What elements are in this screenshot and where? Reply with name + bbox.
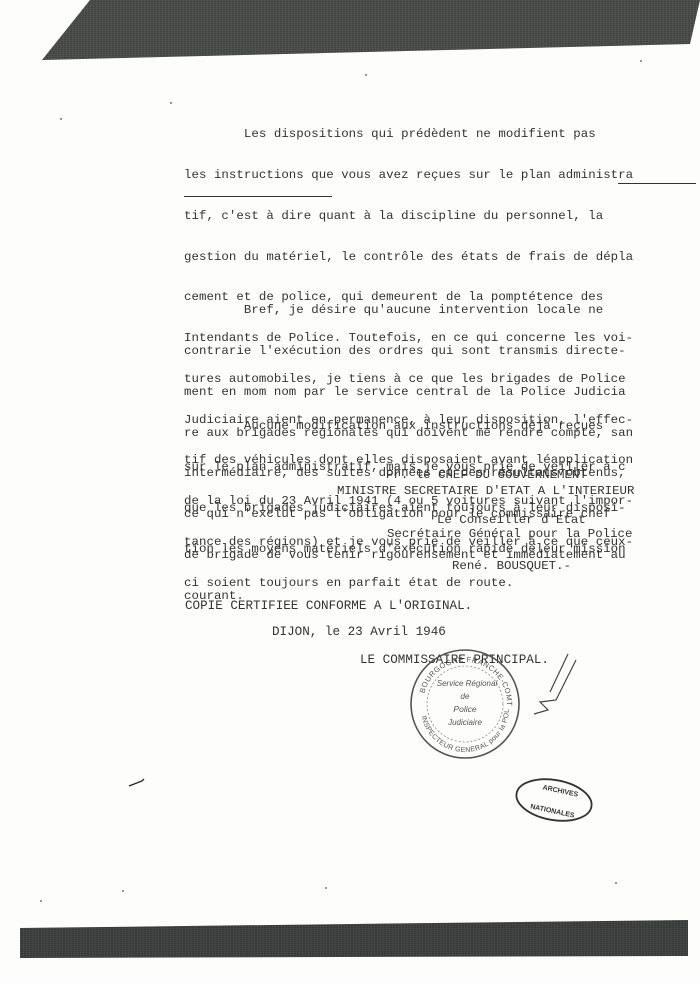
signature-name: René. BOUSQUET.- — [452, 559, 571, 573]
svg-text:NATIONALES: NATIONALES — [530, 803, 576, 819]
signature-chef-gouvernement: Pr. le CHEF DU GOUVERNEMENT — [386, 468, 587, 482]
signature-conseiller: Le Conseiller d'Etat — [437, 513, 586, 527]
svg-text:BOURGOGNE FRANCHE-COMTE: BOURGOGNE FRANCHE-COMTE — [405, 642, 514, 706]
underline-automobiles — [184, 196, 332, 197]
text-line: Aucune modification aux instructions déj… — [184, 420, 626, 434]
scan-speck — [325, 887, 327, 889]
scanned-document-page: Les dispositions qui prédèdent ne modifi… — [0, 0, 700, 984]
text-line: tion les moyens matériels d'exécution ra… — [184, 543, 626, 557]
scan-speck — [122, 890, 124, 892]
text-line: les instructions que vous avez reçues su… — [184, 169, 633, 183]
scan-speck — [640, 60, 642, 62]
scan-speck — [60, 118, 62, 120]
text-line: gestion du matériel, le contrôle des éta… — [184, 251, 633, 265]
scanner-top-shadow — [0, 0, 700, 62]
underline-voi — [618, 183, 696, 184]
scan-speck — [615, 882, 617, 884]
text-line: tif, c'est à dire quant à la discipline … — [184, 210, 633, 224]
scan-speck — [170, 102, 172, 104]
svg-text:Police: Police — [453, 704, 476, 714]
svg-text:Service Régional: Service Régional — [437, 679, 498, 688]
signature-ministre: MINISTRE SECRETAIRE D'ETAT A L'INTERIEUR — [337, 484, 634, 498]
round-police-stamp: BOURGOGNE FRANCHE-COMTE INSPECTEUR GENER… — [405, 642, 525, 762]
scan-speck — [365, 74, 367, 76]
margin-pen-mark — [128, 775, 148, 785]
svg-text:ARCHIVES: ARCHIVES — [542, 784, 579, 798]
signature-secretaire-general: Secrétaire Général pour la Police — [387, 527, 632, 541]
archives-stamp-icon: ARCHIVES NATIONALES — [512, 775, 596, 825]
scan-speck — [40, 900, 42, 902]
text-line: Bref, je désire qu'aucune intervention l… — [184, 304, 633, 318]
archives-nationales-stamp: ARCHIVES NATIONALES — [512, 775, 596, 825]
stamp-seal-icon: BOURGOGNE FRANCHE-COMTE INSPECTEUR GENER… — [405, 642, 525, 762]
place-date: DIJON, le 23 Avril 1946 — [272, 625, 446, 639]
scanner-bottom-shadow — [20, 920, 688, 958]
svg-text:Judiciaire: Judiciaire — [447, 718, 482, 727]
text-line: Les dispositions qui prédèdent ne modifi… — [184, 128, 633, 142]
text-line: contrarie l'exécution des ordres qui son… — [184, 345, 633, 359]
svg-text:de: de — [461, 692, 470, 701]
certified-copy-line: COPIE CERTIFIEE CONFORME A L'ORIGINAL. — [185, 599, 472, 613]
handwritten-signature-mark — [520, 652, 580, 722]
